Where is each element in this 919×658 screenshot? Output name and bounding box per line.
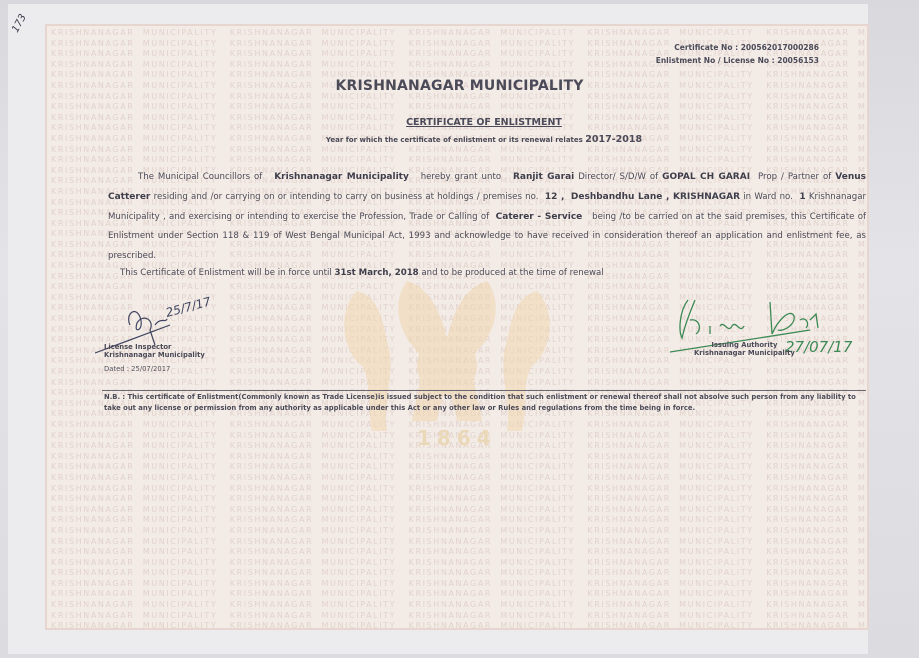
svg-text:25/7/17: 25/7/17 [164, 294, 213, 320]
inspector-office: Krishnanagar Municipality [104, 351, 205, 359]
license-inspector-signature-block: 25/7/17 License Inspector Krishnanagar M… [95, 295, 265, 375]
father-name: GOPAL CH GARAI [662, 172, 750, 182]
certificate-no-label: Certificate No : [674, 43, 738, 52]
authority-role: Issuing Authority Krishnanagar Municipal… [694, 341, 795, 357]
validity-text: This Certificate of Enlistment will be i… [120, 268, 332, 278]
certificate-year: 2017-2018 [585, 134, 642, 145]
validity-text: and to be produced at the time of renewa… [421, 268, 603, 278]
authority-title: Issuing Authority [694, 341, 795, 349]
address: Deshbandhu Lane , KRISHNAGAR [571, 192, 740, 202]
inspector-role: License Inspector Krishnanagar Municipal… [104, 343, 205, 359]
body-text: hereby grant unto [421, 172, 501, 182]
inspector-dated: Dated : 25/07/2017 [104, 365, 170, 373]
trade-name: Caterer - Service [496, 212, 583, 222]
year-line: Year for which the certificate of enlist… [0, 134, 919, 145]
municipality-name: Krishnanagar Municipality [274, 172, 409, 182]
body-text: Prop / Partner of [758, 172, 831, 182]
body-text: The Municipal Councillors of [138, 172, 262, 182]
emblem-year: 1864 [417, 426, 497, 450]
inspector-title: License Inspector [104, 343, 205, 351]
license-no: 20056153 [777, 56, 819, 65]
issuing-authority-signature-block: 27/07/17 Issuing Authority Krishnanagar … [660, 290, 860, 370]
note-divider [102, 390, 866, 391]
authority-office: Krishnanagar Municipality [694, 349, 795, 357]
premises-no: 12 , [545, 192, 565, 202]
body-text: residing and /or carrying on or intendin… [154, 192, 539, 202]
body-text: in Ward no. [743, 192, 793, 202]
legal-note: N.B. : This certificate of Enlistment(Co… [104, 392, 866, 413]
license-no-label: Enlistment No / License No : [656, 56, 775, 65]
svg-text:27/07/17: 27/07/17 [785, 338, 853, 356]
year-line-label: Year for which the certificate of enlist… [326, 136, 583, 144]
document-title: KRISHNANAGAR MUNICIPALITY [0, 78, 919, 94]
certificate-body: The Municipal Councillors of Krishnanaga… [108, 168, 866, 267]
certificate-numbers: Certificate No : 200562017000286 Enlistm… [656, 41, 819, 67]
validity-statement: This Certificate of Enlistment will be i… [120, 268, 604, 278]
body-text: Director/ S/D/W of [578, 172, 658, 182]
certificate-subtitle: CERTIFICATE OF ENLISTMENT [0, 117, 919, 128]
certificate-no: 200562017000286 [741, 43, 819, 52]
validity-date: 31st March, 2018 [335, 268, 419, 278]
ward-no: 1 [799, 192, 805, 202]
licensee-name: Ranjit Garai [513, 172, 574, 182]
